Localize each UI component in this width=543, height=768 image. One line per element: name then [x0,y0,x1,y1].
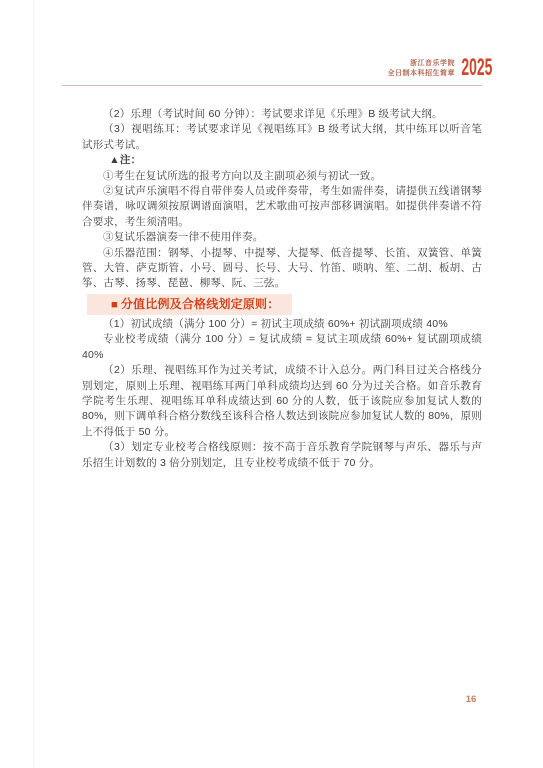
page-edge-line [33,0,34,768]
rule-item-3: （3）划定专业校考合格线原则：按不高于音乐教育学院钢琴与声乐、器乐与声乐招生计划… [82,440,482,471]
page-number: 16 [460,694,482,705]
rule-item-1-continued: 专业校考成绩（满分 100 分）= 复试成绩 = 复试主项成绩 60%+ 复试副… [82,332,482,363]
header-institution-block: 浙江音乐学院 全日制本科招生简章 [388,59,456,78]
note-item-1: ①考生在复试所选的报考方向以及主副项必须与初试一致。 [82,169,482,184]
note-label: ▲注： [82,153,482,168]
header-institution: 浙江音乐学院 [388,59,456,69]
document-body: （2）乐理（考试时间 60 分钟）：考试要求详见《乐理》B 级考试大纲。 （3）… [82,107,482,471]
header-divider [62,85,482,86]
rule-item-2: （2）乐理、视唱练耳作为过关考试，成绩不计入总分。两门科目过关合格线分别划定，原… [82,363,482,440]
paragraph-sight-singing: （3）视唱练耳：考试要求详见《视唱练耳》B 级考试大纲，其中练耳以听音笔试形式考… [82,122,482,153]
note-item-2: ②复试声乐演唱不得自带伴奏人员或伴奏带，考生如需伴奏，请提供五线谱钢琴伴奏谱，咏… [82,184,482,230]
document-page: 浙江音乐学院 全日制本科招生简章 2025 （2）乐理（考试时间 60 分钟）：… [0,0,543,768]
note-item-3: ③复试乐器演奏一律不使用伴奏。 [82,230,482,245]
header-year: 2025 [461,54,492,81]
note-item-4: ④乐器范围：钢琴、小提琴、中提琴、大提琴、低音提琴、长笛、双簧管、单簧管、大管、… [82,246,482,292]
page-header: 浙江音乐学院 全日制本科招生简章 2025 [362,55,492,82]
header-subtitle: 全日制本科招生简章 [388,69,456,79]
section-bullet-icon: ■ [111,299,118,311]
rule-item-1: （1）初试成绩（满分 100 分）= 初试主项成绩 60%+ 初试副项成绩 40… [82,317,482,332]
section-header-score-ratio: ■分值比例及合格线划定原则： [87,294,292,315]
section-title: 分值比例及合格线划定原则： [121,297,280,311]
paragraph-music-theory: （2）乐理（考试时间 60 分钟）：考试要求详见《乐理》B 级考试大纲。 [82,107,482,122]
